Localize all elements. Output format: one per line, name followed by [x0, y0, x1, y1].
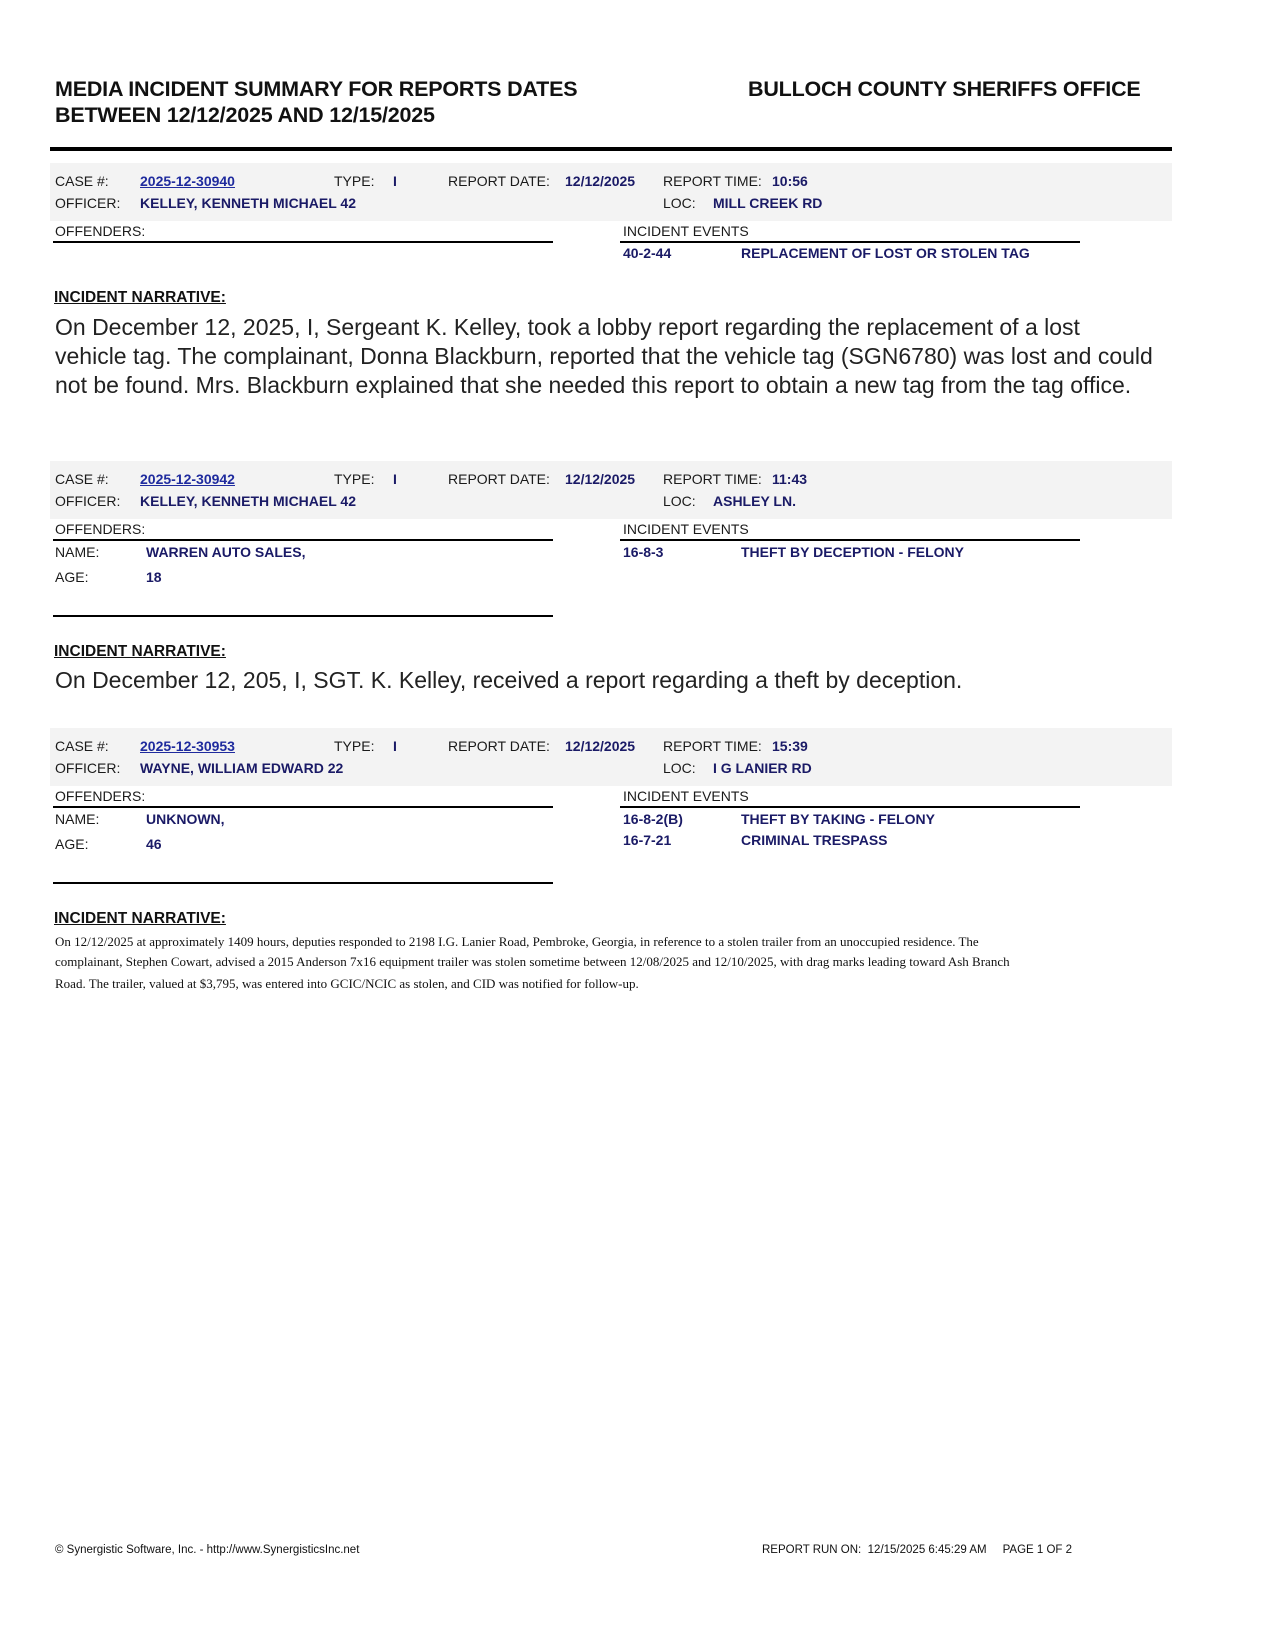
type-label: TYPE: [334, 471, 374, 487]
case-number-link[interactable]: 2025-12-30940 [140, 173, 235, 189]
report-run-on-label: REPORT RUN ON: [762, 1544, 861, 1556]
offenders-label: OFFENDERS: [55, 788, 145, 804]
event-description: THEFT BY DECEPTION - FELONY [741, 544, 964, 560]
event-code: 16-8-3 [623, 544, 663, 560]
narrative-text: On December 12, 2025, I, Sergeant K. Kel… [55, 313, 1155, 400]
offender-name-label: NAME: [55, 811, 99, 827]
loc-label: LOC: [663, 493, 696, 509]
loc-label: LOC: [663, 760, 696, 776]
offender-age-value: 18 [146, 569, 162, 585]
case-number-link[interactable]: 2025-12-30942 [140, 471, 235, 487]
narrative-text: On December 12, 205, I, SGT. K. Kelley, … [55, 666, 1155, 695]
offender-name-label: NAME: [55, 544, 99, 560]
officer-value: KELLEY, KENNETH MICHAEL 42 [140, 493, 356, 509]
events-divider [620, 241, 1080, 243]
event-description: CRIMINAL TRESPASS [741, 832, 888, 848]
header-divider [50, 147, 1172, 151]
case-header-band [50, 728, 1172, 786]
incident-events-label: INCIDENT EVENTS [623, 521, 749, 537]
offenders-label: OFFENDERS: [55, 521, 145, 537]
event-code: 16-7-21 [623, 832, 671, 848]
offender-name-value: WARREN AUTO SALES, [146, 544, 305, 560]
page-indicator: PAGE 1 OF 2 [1003, 1544, 1072, 1556]
event-code: 16-8-2(B) [623, 811, 683, 827]
officer-label: OFFICER: [55, 760, 120, 776]
report-date-value: 12/12/2025 [565, 738, 635, 754]
offenders-divider [53, 241, 553, 243]
report-title-line1: MEDIA INCIDENT SUMMARY FOR REPORTS DATES [55, 76, 577, 102]
offenders-bottom-divider [53, 882, 553, 884]
type-value: I [393, 738, 397, 754]
report-date-label: REPORT DATE: [448, 173, 550, 189]
loc-value: I G LANIER RD [713, 760, 812, 776]
type-value: I [393, 173, 397, 189]
offender-age-label: AGE: [55, 836, 88, 852]
case-header-band [50, 163, 1172, 221]
event-description: THEFT BY TAKING - FELONY [741, 811, 935, 827]
incident-events-label: INCIDENT EVENTS [623, 788, 749, 804]
case-number-label: CASE #: [55, 471, 109, 487]
case-number-label: CASE #: [55, 173, 109, 189]
case-header-band [50, 461, 1172, 519]
report-time-label: REPORT TIME: [663, 738, 762, 754]
report-date-label: REPORT DATE: [448, 738, 550, 754]
report-date-label: REPORT DATE: [448, 471, 550, 487]
agency-name: BULLOCH COUNTY SHERIFFS OFFICE [748, 76, 1141, 102]
offender-age-label: AGE: [55, 569, 88, 585]
narrative-text: On 12/12/2025 at approximately 1409 hour… [55, 932, 1135, 994]
offender-name-value: UNKNOWN, [146, 811, 225, 827]
event-code: 40-2-44 [623, 245, 671, 261]
officer-label: OFFICER: [55, 493, 120, 509]
loc-label: LOC: [663, 195, 696, 211]
narrative-title: INCIDENT NARRATIVE: [54, 643, 226, 661]
offenders-divider [53, 539, 553, 541]
incident-events-label: INCIDENT EVENTS [623, 223, 749, 239]
officer-value: KELLEY, KENNETH MICHAEL 42 [140, 195, 356, 211]
report-date-value: 12/12/2025 [565, 471, 635, 487]
officer-value: WAYNE, WILLIAM EDWARD 22 [140, 760, 343, 776]
event-description: REPLACEMENT OF LOST OR STOLEN TAG [741, 245, 1030, 261]
type-value: I [393, 471, 397, 487]
narrative-line: Road. The trailer, valued at $3,795, was… [55, 974, 1135, 994]
report-time-label: REPORT TIME: [663, 471, 762, 487]
narrative-line: complainant, Stephen Cowart, advised a 2… [55, 952, 1135, 972]
officer-label: OFFICER: [55, 195, 120, 211]
report-time-label: REPORT TIME: [663, 173, 762, 189]
type-label: TYPE: [334, 173, 374, 189]
narrative-line: On 12/12/2025 at approximately 1409 hour… [55, 932, 1135, 952]
report-time-value: 11:43 [772, 471, 807, 487]
footer-run-info: REPORT RUN ON: 12/15/2025 6:45:29 AM PAG… [762, 1544, 1072, 1556]
narrative-title: INCIDENT NARRATIVE: [54, 910, 226, 928]
offenders-bottom-divider [53, 615, 553, 617]
events-divider [620, 806, 1080, 808]
report-time-value: 10:56 [772, 173, 808, 189]
loc-value: MILL CREEK RD [713, 195, 822, 211]
type-label: TYPE: [334, 738, 374, 754]
offenders-divider [53, 806, 553, 808]
events-divider [620, 539, 1080, 541]
offenders-label: OFFENDERS: [55, 223, 145, 239]
report-title-line2: BETWEEN 12/12/2025 AND 12/15/2025 [55, 102, 577, 128]
footer-copyright: © Synergistic Software, Inc. - http://ww… [55, 1544, 359, 1556]
report-run-on-value: 12/15/2025 6:45:29 AM [868, 1544, 987, 1556]
narrative-title: INCIDENT NARRATIVE: [54, 289, 226, 307]
report-time-value: 15:39 [772, 738, 808, 754]
case-number-label: CASE #: [55, 738, 109, 754]
loc-value: ASHLEY LN. [713, 493, 796, 509]
offender-age-value: 46 [146, 836, 162, 852]
report-date-value: 12/12/2025 [565, 173, 635, 189]
report-title: MEDIA INCIDENT SUMMARY FOR REPORTS DATES… [55, 76, 577, 128]
case-number-link[interactable]: 2025-12-30953 [140, 738, 235, 754]
